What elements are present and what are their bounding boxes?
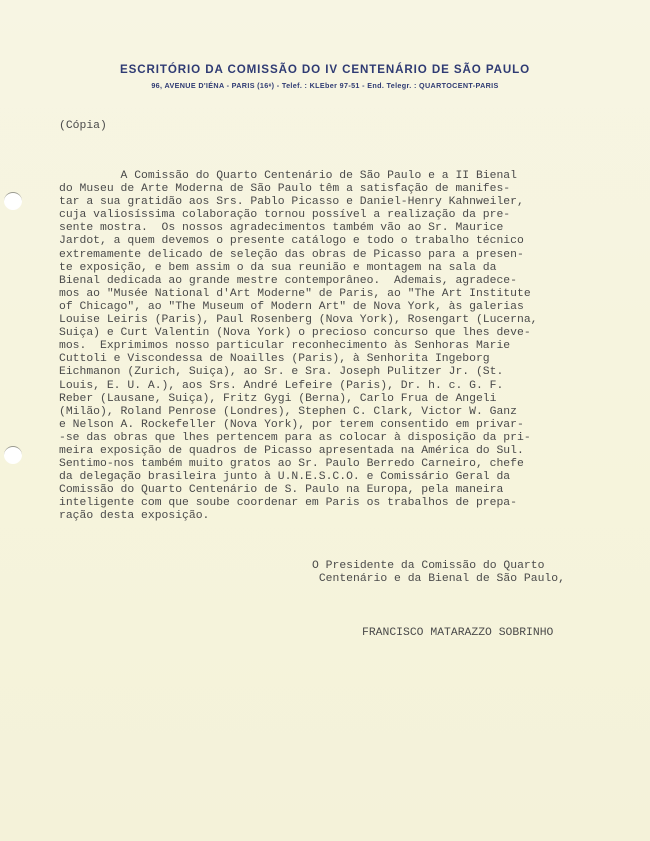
body-line: inteligente com que soube coordenar em P… (59, 497, 538, 510)
body-line: mos ao "Musée National d'Art Moderne" de… (59, 288, 538, 301)
document-page: ESCRITÓRIO DA COMISSÃO DO IV CENTENÁRIO … (0, 0, 650, 841)
punch-hole (4, 192, 22, 210)
body-line: e Nelson A. Rockefeller (Nova York), por… (59, 419, 538, 432)
body-line: Bienal dedicada ao grande mestre contemp… (59, 275, 538, 288)
body-line: extremamente delicado de seleção das obr… (59, 249, 538, 262)
signature-role-line: O Presidente da Comissão do Quarto (312, 560, 565, 573)
body-line: Louis, E. U. A.), aos Srs. André Lefeire… (59, 380, 538, 393)
body-line: cuja valiosíssima colaboração tornou pos… (59, 209, 538, 222)
body-line: Cuttoli e Viscondessa de Noailles (Paris… (59, 353, 538, 366)
letter-body: A Comissão do Quarto Centenário de São P… (59, 170, 538, 524)
signature-role: O Presidente da Comissão do Quarto Cente… (312, 560, 565, 586)
body-line: (Milão), Roland Penrose (Londres), Steph… (59, 406, 538, 419)
body-line: sente mostra. Os nossos agradecimentos t… (59, 222, 538, 235)
signature-name: FRANCISCO MATARAZZO SOBRINHO (362, 627, 553, 640)
signature-role-line: Centenário e da Bienal de São Paulo, (312, 573, 565, 586)
body-line: te exposição, e bem assim o da sua reuni… (59, 262, 538, 275)
body-line: tar a sua gratidão aos Srs. Pablo Picass… (59, 196, 538, 209)
punch-hole (4, 446, 22, 464)
body-line: mos. Exprimimos nosso particular reconhe… (59, 340, 538, 353)
body-line: -se das obras que lhes pertencem para as… (59, 432, 538, 445)
body-line: da delegação brasileira junto à U.N.E.S.… (59, 471, 538, 484)
body-line: do Museu de Arte Moderna de São Paulo tê… (59, 183, 538, 196)
body-line: of Chicago", ao "The Museum of Modern Ar… (59, 301, 538, 314)
body-line: Reber (Lausane, Suiça), Fritz Gygi (Bern… (59, 393, 538, 406)
body-line: Eichmanon (Zurich, Suiça), ao Sr. e Sra.… (59, 366, 538, 379)
body-line: ração desta exposição. (59, 510, 538, 523)
copy-label: (Cópia) (59, 120, 107, 133)
body-line: Sentimo-nos também muito gratos ao Sr. P… (59, 458, 538, 471)
body-line: Comissão do Quarto Centenário de S. Paul… (59, 484, 538, 497)
body-line: meira exposição de quadros de Picasso ap… (59, 445, 538, 458)
letterhead-address: 96, AVENUE D'IÉNA - PARIS (16ᵉ) - Telef.… (0, 81, 650, 90)
body-line: Jardot, a quem devemos o presente catálo… (59, 235, 538, 248)
body-line: Suiça) e Curt Valentin (Nova York) o pre… (59, 327, 538, 340)
body-line: Louise Leiris (Paris), Paul Rosenberg (N… (59, 314, 538, 327)
body-line: A Comissão do Quarto Centenário de São P… (59, 170, 538, 183)
letterhead-title: ESCRITÓRIO DA COMISSÃO DO IV CENTENÁRIO … (0, 63, 650, 76)
